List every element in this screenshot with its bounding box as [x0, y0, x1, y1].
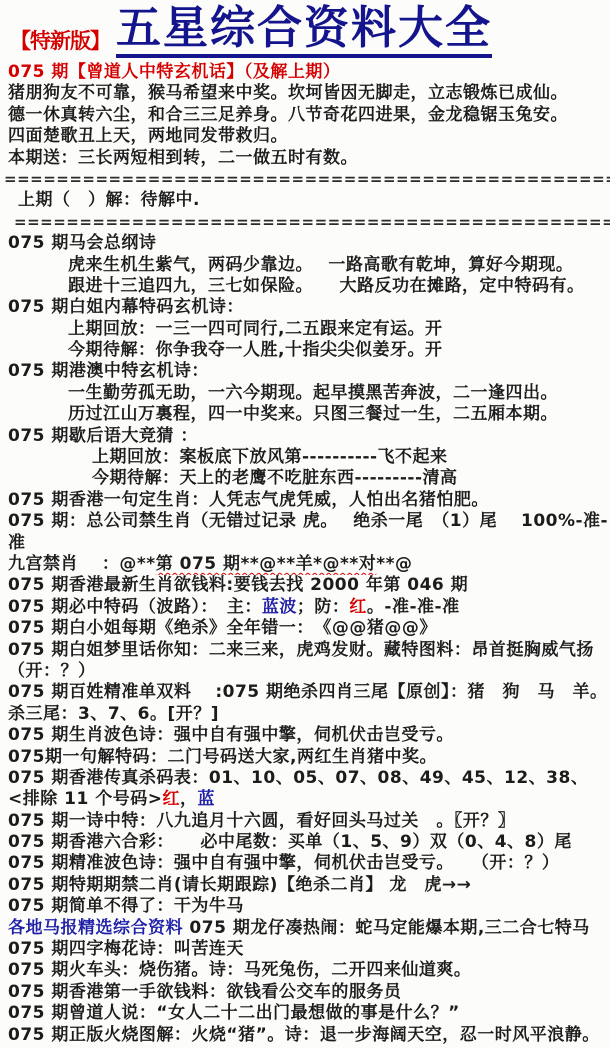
text-segment: 075 期一诗中特：八九追月十六圆，看好回头马过关 。〖开？〗: [8, 811, 515, 831]
text-line: 四面楚歌丑上天，两地同发带救归。: [0, 126, 610, 147]
text-segment: 075 期港澳中特玄机诗：: [8, 361, 209, 381]
text-segment: 075 期歇后语大竞猜 ：: [8, 426, 198, 446]
text-line: 075 期港澳中特玄机诗：: [0, 361, 610, 382]
text-line: （开：？）: [0, 661, 610, 682]
text-segment: 075 期特期期禁二肖(请长期跟踪)【绝杀二肖】 龙 虎→→: [8, 875, 471, 895]
text-segment: 准: [8, 533, 26, 553]
separator-line: ========================================…: [0, 169, 610, 190]
text-line: 075 期香港第一手欲钱料：欲钱看公交车的服务员: [0, 982, 610, 1003]
text-line: 各地马报精选综合资料 075 期龙仔凑热闹：蛇马定能爆本期,三二合七特马出。: [0, 918, 610, 939]
text-segment: 历过江山万裏程，四一中奖来。只图三餐过一生，二五厢本期。: [68, 404, 558, 424]
text-segment: 上期回放：一三一四可同行,二五跟来定有运。开: [68, 319, 442, 339]
text-line: 075 期一诗中特：八九追月十六圆，看好回头马过关 。〖开？〗: [0, 811, 610, 832]
text-line: 今期待解：你争我夺一人胜,十指尖尖似姜牙。开: [0, 340, 610, 361]
text-segment: 红: [349, 597, 367, 617]
text-segment: 虎来生机生紫气，两码少靠边。 一路高歌有乾坤，算好今期现。: [68, 255, 573, 275]
text-segment: 075 期：总公司禁生肖（无错过记录 虎。 绝杀一尾 （1）尾 100%-准-准…: [8, 511, 608, 532]
text-segment: 075 期火车头：烧伤猪。诗：马死兔伤，二开四来仙道爽。: [8, 960, 471, 980]
text-line: 上期（ ）解：待解中.: [0, 190, 610, 211]
text-line: 075 期生肖波色诗：强中自有强中擎，伺机伏击岂受亏。: [0, 725, 610, 746]
text-segment: 075 期香港一句定生肖：人凭志气虎凭威，人怕出名猪怕肥。: [8, 490, 489, 510]
text-segment: 红: [162, 789, 180, 809]
page-title: 五星综合资料大全: [116, 3, 492, 58]
text-segment: ，: [180, 789, 198, 809]
text-segment: 075期一句解特码：二门号码送大家,两红生肖猪中奖。: [8, 747, 437, 767]
text-line: 075 期必中特码（波路）： 主：蓝波；防：红。-准-准-准: [0, 597, 610, 618]
text-line: 075 期正版火烧图解：火烧“猪”。诗：退一步海阔天空，忍一时风平浪静。: [0, 1025, 610, 1046]
text-line: 075 期简单不得了：干为牛马: [0, 896, 610, 917]
text-segment: ；防：: [297, 597, 350, 617]
text-line: 075 期火车头：烧伤猪。诗：马死兔伤，二开四来仙道爽。: [0, 960, 610, 981]
text-line: 杀三尾：3、7、6。[开？]: [0, 704, 610, 725]
text-segment: 本期送：三长两短相到转，二一做五时有数。: [8, 148, 358, 168]
text-segment: 075 期马会总纲诗: [8, 233, 156, 253]
content-lines: 075 期【曾道人中特玄机话】（及解上期）猪朋狗友不可靠，猴马希望来中奖。坎坷皆…: [0, 58, 610, 1046]
text-line: 075 期：总公司禁生肖（无错过记录 虎。 绝杀一尾 （1）尾 100%-准-准…: [0, 511, 610, 532]
text-segment: 蓝: [197, 789, 215, 809]
text-segment: （开：？）: [8, 661, 96, 681]
text-segment: 075 期简单不得了：干为牛马: [8, 896, 244, 916]
text-line: 075 期香港传真杀码表：01、10、05、07、08、49、45、12、38、…: [0, 768, 610, 789]
text-line: 上期回放：一三一四可同行,二五跟来定有运。开: [0, 319, 610, 340]
text-line: 075 期马会总纲诗: [0, 233, 610, 254]
text-segment: 075 期香港传真杀码表：01、10、05、07、08、49、45、12、38、…: [8, 768, 588, 789]
text-line: 075 期白姐内幕特码玄机诗：: [0, 297, 610, 318]
text-segment: 075 期正版火烧图解：火烧“猪”。诗：退一步海阔天空，忍一时风平浪静。: [8, 1025, 600, 1045]
text-segment: 075 期香港最新生肖欲钱料:要钱去找 2000 年第 046 期: [8, 575, 468, 595]
text-segment: 075 期曾道人说：“女人二十二出门最想做的事是什么？”: [8, 1003, 460, 1023]
text-segment: 075 期白小姐每期《绝杀》全年错一： 《@@猪@@》: [8, 618, 437, 638]
text-line: 075 期香港最新生肖欲钱料:要钱去找 2000 年第 046 期: [0, 575, 610, 596]
text-segment: 075 期香港六合彩： 必中尾数：买单（1、5、9）双（0、4、8）尾: [8, 832, 572, 852]
text-segment: 075 期白姐梦里话你知：二来三来，虎鸡发财。藏特图料：昂首挺胸威气扬: [8, 640, 594, 660]
masthead: 【特新版】 五星综合资料大全: [0, 0, 610, 58]
text-segment: 。-准-准-准: [367, 597, 460, 617]
text-segment: 075 期百姓精准单双料 :075 期绝杀四肖三尾【原创】：猪 狗 马 羊。: [8, 682, 608, 702]
text-line: 075 期精准波色诗：强中自有强中擎，伺机伏击岂受亏。 （开：？）: [0, 853, 610, 874]
text-segment: 跟进十三追四九，三七如保险。 大路反功在摊路，定中特码有。: [68, 276, 585, 296]
text-segment: 四面楚歌丑上天，两地同发带救归。: [8, 126, 288, 146]
text-segment: 075 期精准波色诗：强中自有强中擎，伺机伏击岂受亏。 （开：？）: [8, 853, 559, 873]
text-segment: 075 期生肖波色诗：强中自有强中擎，伺机伏击岂受亏。: [8, 725, 454, 745]
text-line: 一生勤劳孤无助，一六今期现。起早摸黑苦奔波，二一逢四出。: [0, 383, 610, 404]
text-segment: 德一休真转六尘，和合三三足养身。八节奇花四进果，金龙稳锯玉兔安。: [8, 105, 568, 125]
text-line: 猪朋狗友不可靠，猴马希望来中奖。坎坷皆因无脚走，立志锻炼已成仙。: [0, 83, 610, 104]
edition-badge: 【特新版】: [10, 28, 110, 54]
text-line: 德一休真转六尘，和合三三足养身。八节奇花四进果，金龙稳锯玉兔安。: [0, 105, 610, 126]
text-segment: 各地马报精选综合资料: [8, 918, 183, 938]
text-segment: 075 期四字梅花诗：叫苦连天: [8, 939, 244, 959]
text-line: 本期送：三长两短相到转，二一做五时有数。: [0, 148, 610, 169]
text-segment: 猪朋狗友不可靠，猴马希望来中奖。坎坷皆因无脚走，立志锻炼已成仙。: [8, 83, 568, 103]
text-line: <排除 11 个号码>红，蓝: [0, 789, 610, 810]
text-line: 075 期香港一句定生肖：人凭志气虎凭威，人怕出名猪怕肥。: [0, 490, 610, 511]
text-line: 075期一句解特码：二门号码送大家,两红生肖猪中奖。: [0, 747, 610, 768]
text-segment: 蓝波: [262, 597, 297, 617]
text-line: 075 期白小姐每期《绝杀》全年错一： 《@@猪@@》: [0, 618, 610, 639]
text-segment: 075 期【曾道人中特玄机话】（及解上期）: [8, 62, 340, 82]
text-line: 075 期百姓精准单双料 :075 期绝杀四肖三尾【原创】：猪 狗 马 羊。: [0, 682, 610, 703]
text-segment: **@: [376, 554, 412, 574]
text-line: 075 期四字梅花诗：叫苦连天: [0, 939, 610, 960]
text-line: 075 期曾道人说：“女人二十二出门最想做的事是什么？”: [0, 1003, 610, 1024]
text-segment: 杀三尾：3、7、6。[开？]: [8, 704, 219, 724]
text-line: 今期待解：天上的老鹰不吃脏东西---------清高: [0, 468, 610, 489]
text-segment: 一生勤劳孤无助，一六今期现。起早摸黑苦奔波，二一逢四出。: [68, 383, 558, 403]
text-segment: 九宫禁肖 ：@**: [8, 554, 156, 574]
text-segment: 今期待解：你争我夺一人胜,十指尖尖似姜牙。开: [68, 340, 442, 360]
text-segment: <排除 11 个号码>: [8, 789, 162, 809]
text-segment: 上期（ ）解：待解中.: [18, 190, 200, 210]
text-line: 准: [0, 533, 610, 554]
text-line: 075 期特期期禁二肖(请长期跟踪)【绝杀二肖】 龙 虎→→: [0, 875, 610, 896]
text-segment: 上期回放：案板底下放风第----------飞不起来: [92, 447, 448, 467]
text-line: 075 期香港六合彩： 必中尾数：买单（1、5、9）双（0、4、8）尾: [0, 832, 610, 853]
text-line: 075 期歇后语大竞猜 ：: [0, 426, 610, 447]
text-segment: 075 期白姐内幕特码玄机诗：: [8, 297, 244, 317]
text-segment: 075 期香港第一手欲钱料：欲钱看公交车的服务员: [8, 982, 401, 1002]
text-line: 历过江山万裏程，四一中奖来。只图三餐过一生，二五厢本期。: [0, 404, 610, 425]
text-line: 跟进十三追四九，三七如保险。 大路反功在摊路，定中特码有。: [0, 276, 610, 297]
separator-line: ========================================…: [0, 212, 610, 233]
text-line: 虎来生机生紫气，两码少靠边。 一路高歌有乾坤，算好今期现。: [0, 255, 610, 276]
lottery-info-page: 【特新版】 五星综合资料大全 075 期【曾道人中特玄机话】（及解上期）猪朋狗友…: [0, 0, 610, 1048]
text-line: 075 期白姐梦里话你知：二来三来，虎鸡发财。藏特图料：昂首挺胸威气扬: [0, 640, 610, 661]
text-segment: 第 075 期**@**羊*@**对: [156, 554, 377, 574]
text-line: 075 期【曾道人中特玄机话】（及解上期）: [0, 62, 610, 83]
text-line: 上期回放：案板底下放风第----------飞不起来: [0, 447, 610, 468]
text-segment: 今期待解：天上的老鹰不吃脏东西---------清高: [92, 468, 458, 488]
text-line: 九宫禁肖 ：@**第 075 期**@**羊*@**对**@: [0, 554, 610, 575]
text-segment: 075 期必中特码（波路）： 主：: [8, 597, 262, 617]
